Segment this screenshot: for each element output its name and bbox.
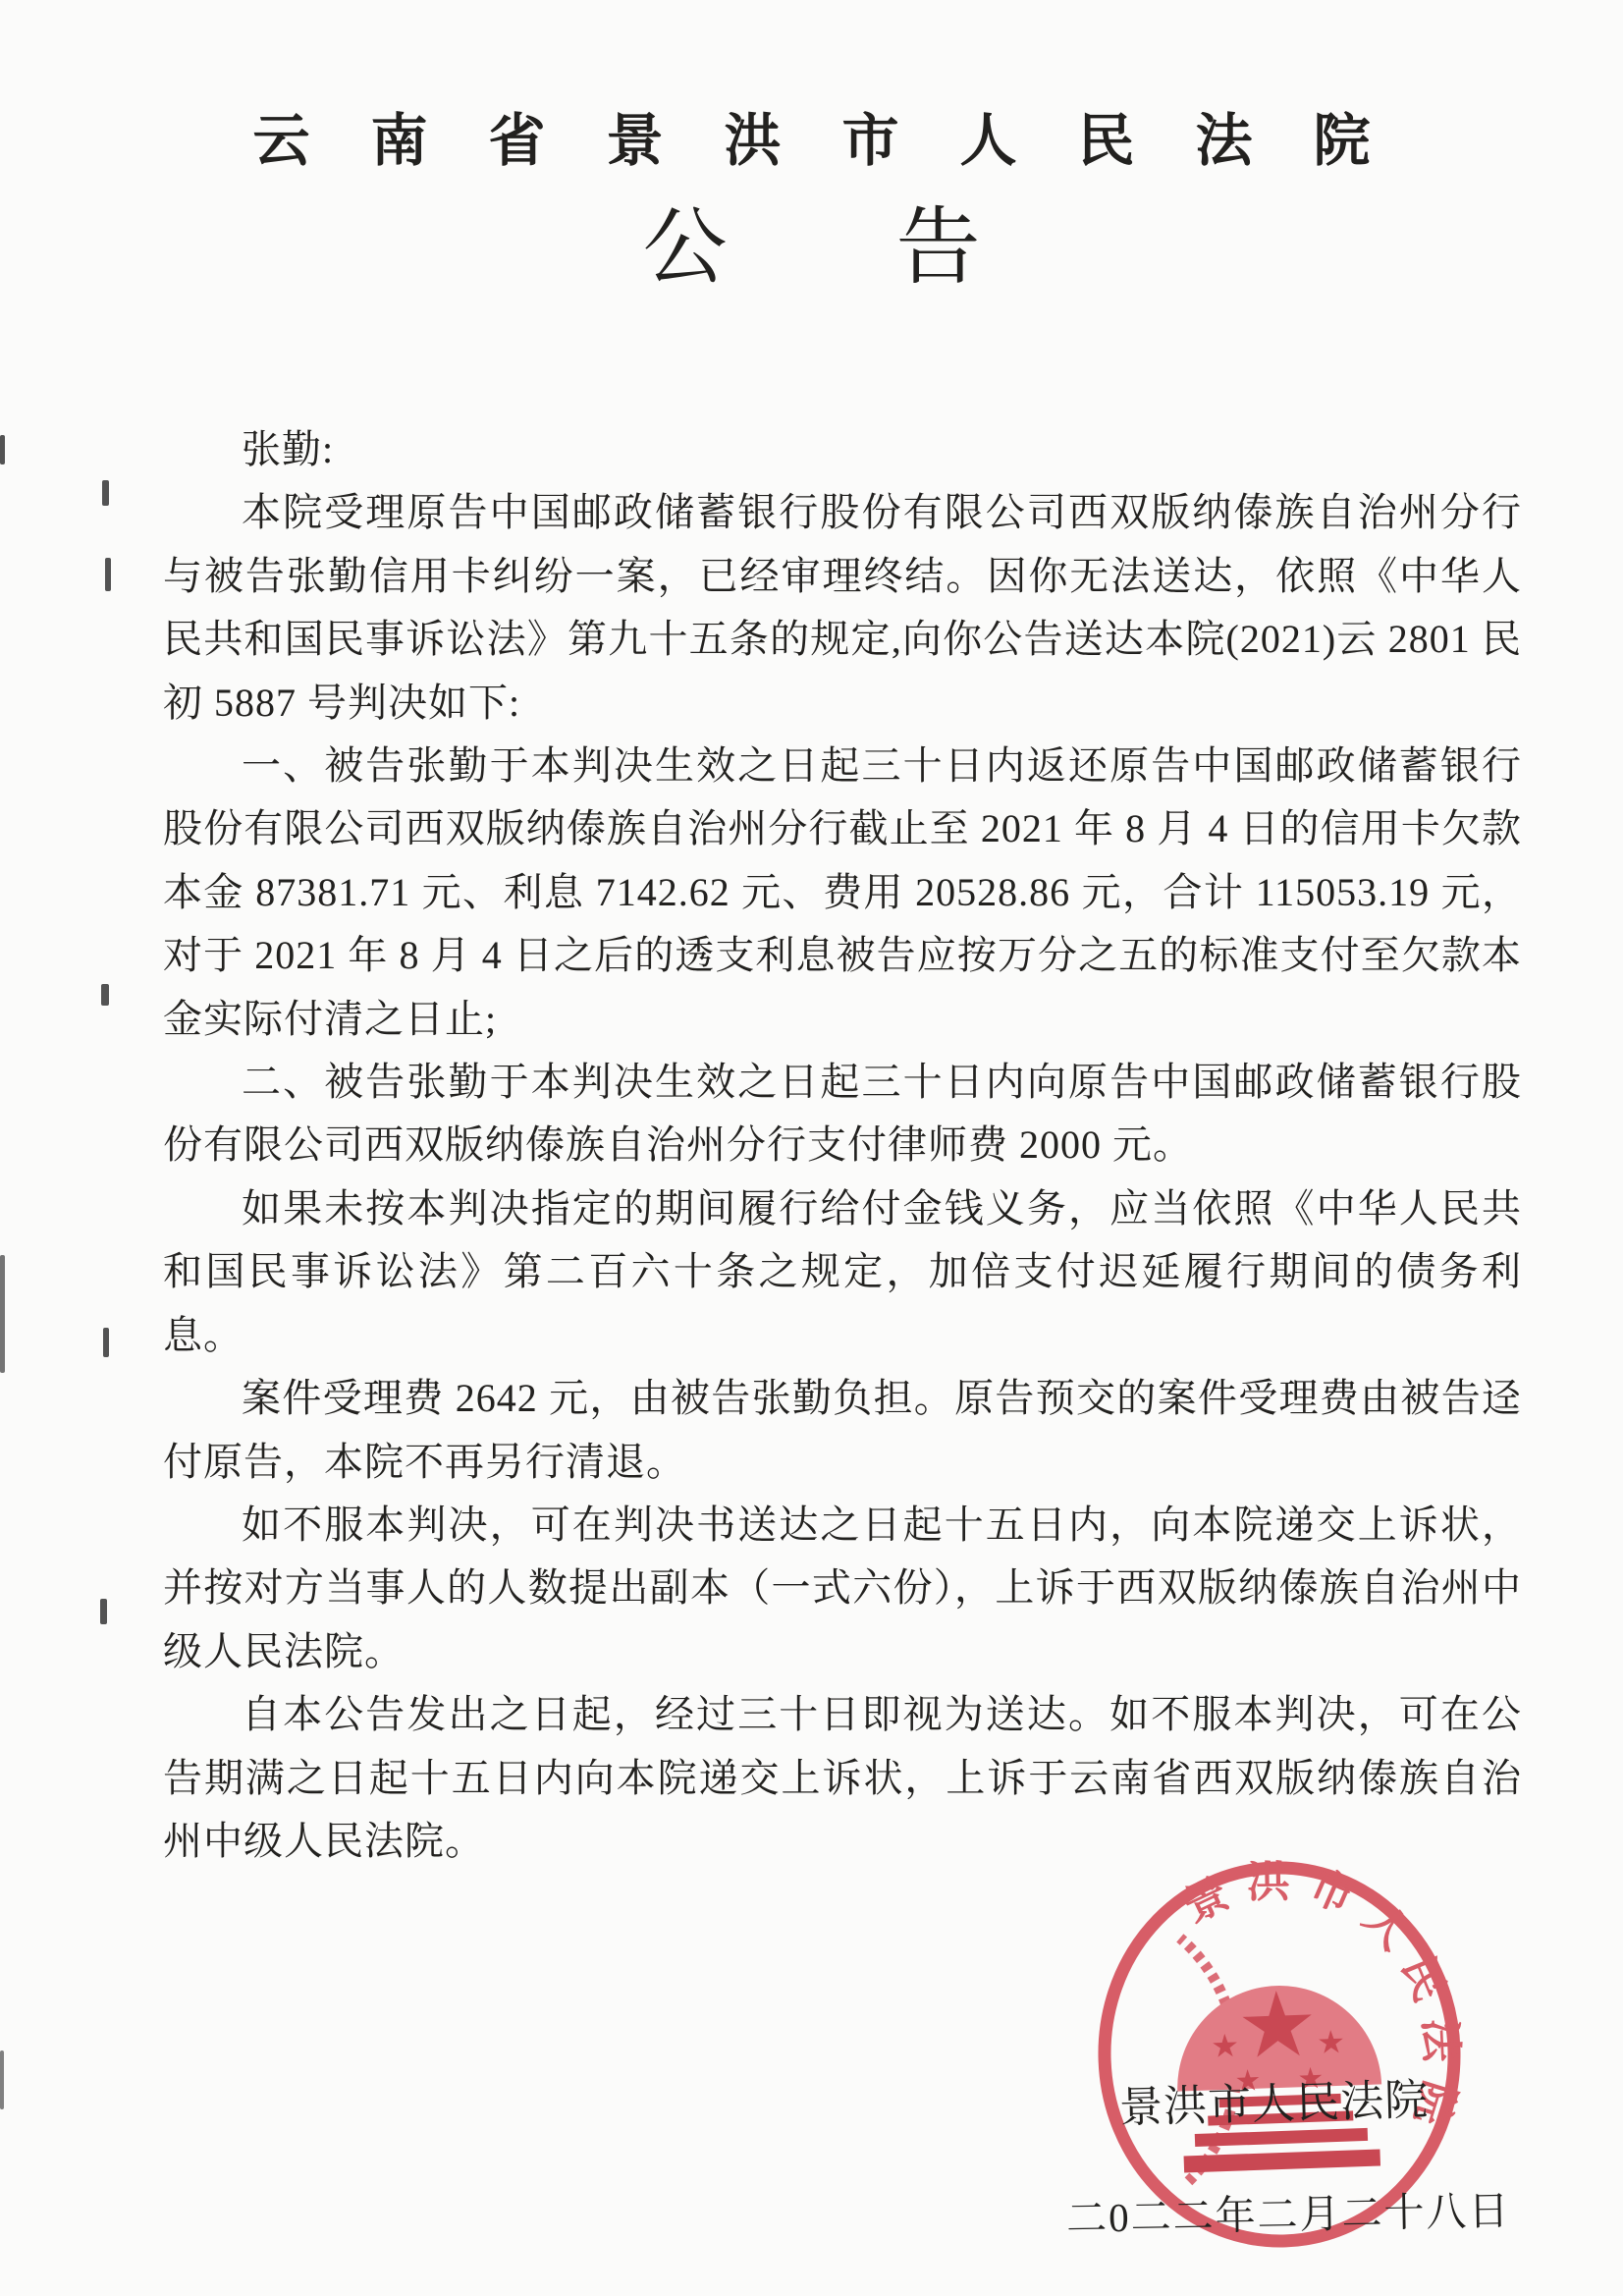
scan-artifact — [0, 435, 5, 465]
paragraph-case-summary: 本院受理原告中国邮政储蓄银行股份有限公司西双版纳傣族自治州分行与被告张勤信用卡纠… — [163, 481, 1522, 735]
paragraph-judgment-item-1: 一、被告张勤于本判决生效之日起三十日内返还原告中国邮政储蓄银行股份有限公司西双版… — [163, 735, 1522, 1051]
scan-artifact — [105, 558, 111, 591]
scan-artifact — [100, 1599, 107, 1624]
court-title: 云南省景洪市人民法院 — [30, 94, 1623, 177]
paragraph-judgment-item-2: 二、被告张勤于本判决生效之日起三十日内向原告中国邮政储蓄银行股份有限公司西双版纳… — [163, 1051, 1522, 1177]
paragraph-service-by-publication: 自本公告发出之日起，经过三十日即视为送达。如不服本判决，可在公告期满之日起十五日… — [163, 1683, 1522, 1873]
signature-court-name: 景洪市人民法院 — [1118, 2064, 1430, 2135]
scan-artifact — [102, 480, 109, 506]
scan-artifact — [103, 1328, 109, 1357]
paragraph-appeal-instructions: 如不服本判决，可在判决书送达之日起十五日内，向本院递交上诉状，并按对方当事人的人… — [163, 1494, 1522, 1683]
document-page: 云南省景洪市人民法院 公 告 张勤: 本院受理原告中国邮政储蓄银行股份有限公司西… — [0, 0, 1623, 2296]
document-body: 张勤: 本院受理原告中国邮政储蓄银行股份有限公司西双版纳傣族自治州分行与被告张勤… — [163, 418, 1522, 1873]
emblem-gate-base — [1184, 2149, 1380, 2172]
paragraph-case-fee: 案件受理费 2642 元，由被告张勤负担。原告预交的案件受理费由被告迳付原告，本… — [163, 1367, 1522, 1494]
salutation: 张勤: — [163, 418, 1522, 481]
scan-artifact — [0, 1255, 5, 1373]
scan-artifact — [0, 2050, 4, 2109]
scan-artifact — [101, 984, 109, 1006]
notice-heading: 公 告 — [0, 179, 1623, 301]
signature-date: 二0二二年二月二十八日 — [1066, 2178, 1511, 2244]
paragraph-late-performance-interest: 如果未按本判决指定的期间履行给付金钱义务，应当依照《中华人民共和国民事诉讼法》第… — [163, 1177, 1522, 1367]
